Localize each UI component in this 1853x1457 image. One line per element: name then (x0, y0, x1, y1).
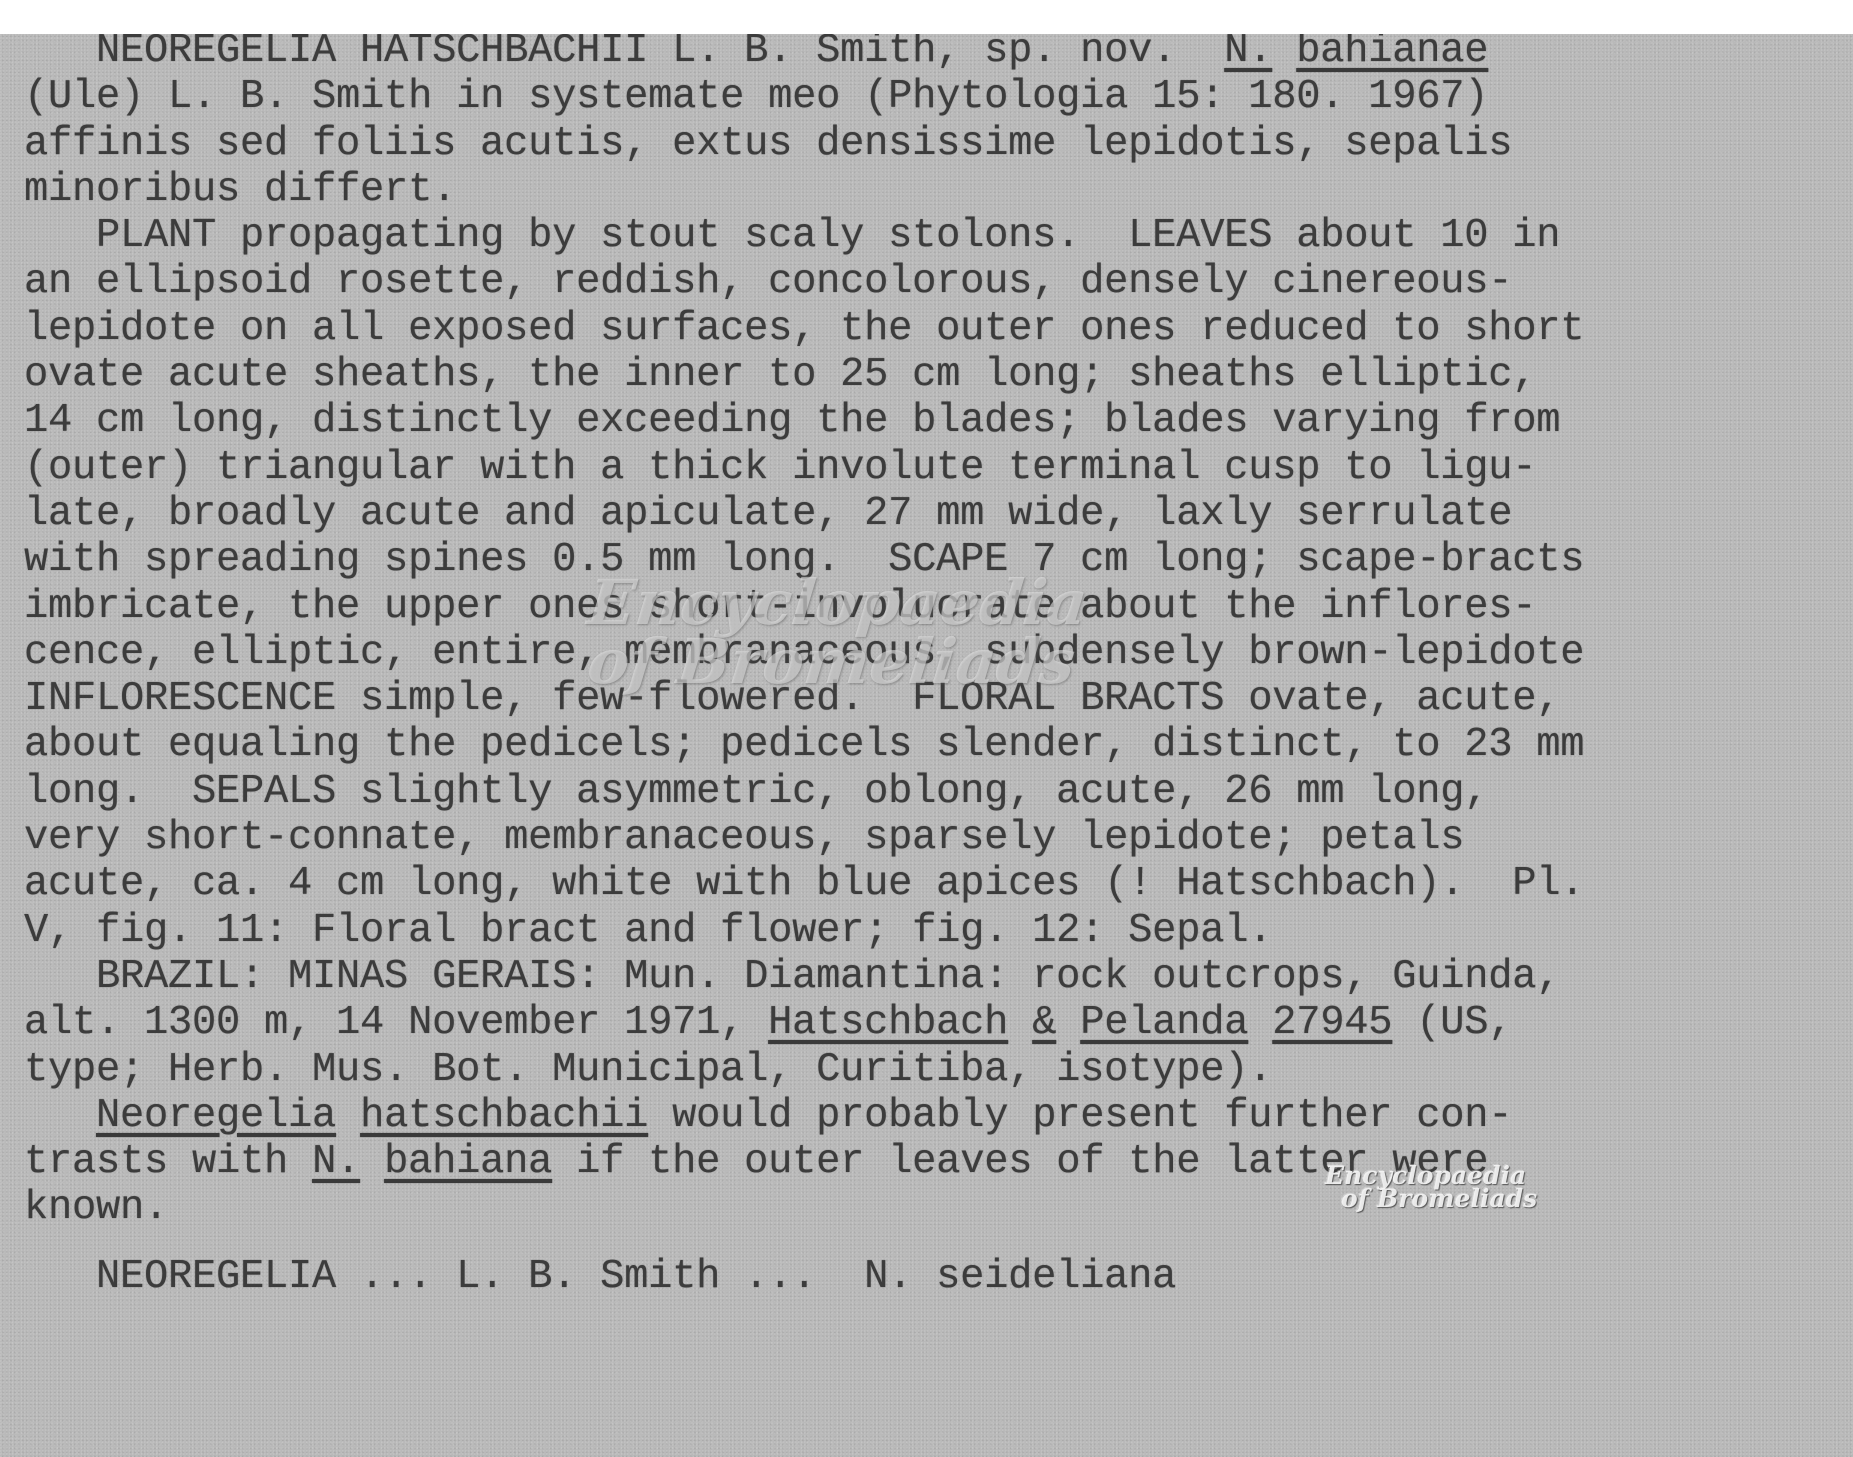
text-run: (Ule) L. B. Smith in systemate meo (Phyt… (24, 74, 1488, 120)
text-run: PLANT propagating by stout scaly stolons… (24, 213, 1560, 259)
text-line: about equaling the pedicels; pedicels sl… (24, 722, 1584, 768)
text-run (1008, 1000, 1032, 1046)
underlined-name: Neoregelia (96, 1093, 336, 1139)
text-run: very short-connate, membranaceous, spars… (24, 815, 1464, 861)
text-line: late, broadly acute and apiculate, 27 mm… (24, 491, 1584, 537)
text-line: PLANT propagating by stout scaly stolons… (24, 213, 1584, 259)
text-run: lepidote on all exposed surfaces, the ou… (24, 306, 1584, 352)
text-run (1056, 1000, 1080, 1046)
text-run: V, fig. 11: Floral bract and flower; fig… (24, 908, 1272, 954)
text-run: BRAZIL: MINAS GERAIS: Mun. Diamantina: r… (24, 954, 1560, 1000)
text-run: minoribus differt. (24, 167, 456, 213)
text-run: (US, (1392, 1000, 1512, 1046)
text-line: Neoregelia hatschbachii would probably p… (24, 1093, 1584, 1139)
text-line: V, fig. 11: Floral bract and flower; fig… (24, 908, 1584, 954)
text-line: (Ule) L. B. Smith in systemate meo (Phyt… (24, 74, 1584, 120)
text-line: lepidote on all exposed surfaces, the ou… (24, 306, 1584, 352)
watermark-line-2: of Bromeliads (579, 633, 1084, 692)
clipped-text-line: NEOREGELIA ... L. B. Smith ... N. seidel… (24, 1254, 1584, 1300)
underlined-name: bahianae (1296, 34, 1488, 74)
watermark-corner: Encyclopaedia of Bromeliads (1325, 1164, 1537, 1210)
scanned-document-page: NEOREGELIA HATSCHBACHII L. B. Smith, sp.… (0, 34, 1853, 1457)
underlined-name: Pelanda (1080, 1000, 1248, 1046)
text-run: type; Herb. Mus. Bot. Municipal, Curitib… (24, 1047, 1272, 1093)
text-line: NEOREGELIA HATSCHBACHII L. B. Smith, sp.… (24, 34, 1584, 74)
text-run (24, 1093, 96, 1139)
text-run (360, 1139, 384, 1185)
text-run (1248, 1000, 1272, 1046)
text-line: very short-connate, membranaceous, spars… (24, 815, 1584, 861)
text-run (336, 1093, 360, 1139)
text-line: type; Herb. Mus. Bot. Municipal, Curitib… (24, 1047, 1584, 1093)
text-run: an ellipsoid rosette, reddish, concoloro… (24, 259, 1512, 305)
watermark-corner-line-2: of Bromeliads (1325, 1187, 1537, 1210)
text-run: would probably present further con- (648, 1093, 1512, 1139)
text-line: minoribus differt. (24, 167, 1584, 213)
underlined-name: bahiana (384, 1139, 552, 1185)
text-line: 14 cm long, distinctly exceeding the bla… (24, 398, 1584, 444)
underlined-name: & (1032, 1000, 1056, 1046)
text-run: known. (24, 1185, 168, 1231)
text-line: long. SEPALS slightly asymmetric, oblong… (24, 769, 1584, 815)
text-run: affinis sed foliis acutis, extus densiss… (24, 121, 1512, 167)
watermark-center: Encyclopaedia of Bromeliads (579, 574, 1090, 692)
underlined-name: 27945 (1272, 1000, 1392, 1046)
text-line: alt. 1300 m, 14 November 1971, Hatschbac… (24, 1000, 1584, 1046)
text-run: about equaling the pedicels; pedicels sl… (24, 722, 1584, 768)
text-line: BRAZIL: MINAS GERAIS: Mun. Diamantina: r… (24, 954, 1584, 1000)
text-run: late, broadly acute and apiculate, 27 mm… (24, 491, 1512, 537)
underlined-name: N. (312, 1139, 360, 1185)
text-run: trasts with (24, 1139, 312, 1185)
text-run: ovate acute sheaths, the inner to 25 cm … (24, 352, 1536, 398)
text-run: NEOREGELIA HATSCHBACHII L. B. Smith, sp.… (24, 34, 1224, 74)
text-run: acute, ca. 4 cm long, white with blue ap… (24, 861, 1584, 907)
underlined-name: Hatschbach (768, 1000, 1008, 1046)
text-run: long. SEPALS slightly asymmetric, oblong… (24, 769, 1488, 815)
underlined-name: hatschbachii (360, 1093, 648, 1139)
text-line: affinis sed foliis acutis, extus densiss… (24, 121, 1584, 167)
text-line: an ellipsoid rosette, reddish, concoloro… (24, 259, 1584, 305)
text-line: acute, ca. 4 cm long, white with blue ap… (24, 861, 1584, 907)
text-run: alt. 1300 m, 14 November 1971, (24, 1000, 768, 1046)
text-run: 14 cm long, distinctly exceeding the bla… (24, 398, 1560, 444)
text-run (1272, 34, 1296, 74)
text-line: ovate acute sheaths, the inner to 25 cm … (24, 352, 1584, 398)
underlined-name: N. (1224, 34, 1272, 74)
text-line: (outer) triangular with a thick involute… (24, 445, 1584, 491)
text-run: (outer) triangular with a thick involute… (24, 445, 1536, 491)
